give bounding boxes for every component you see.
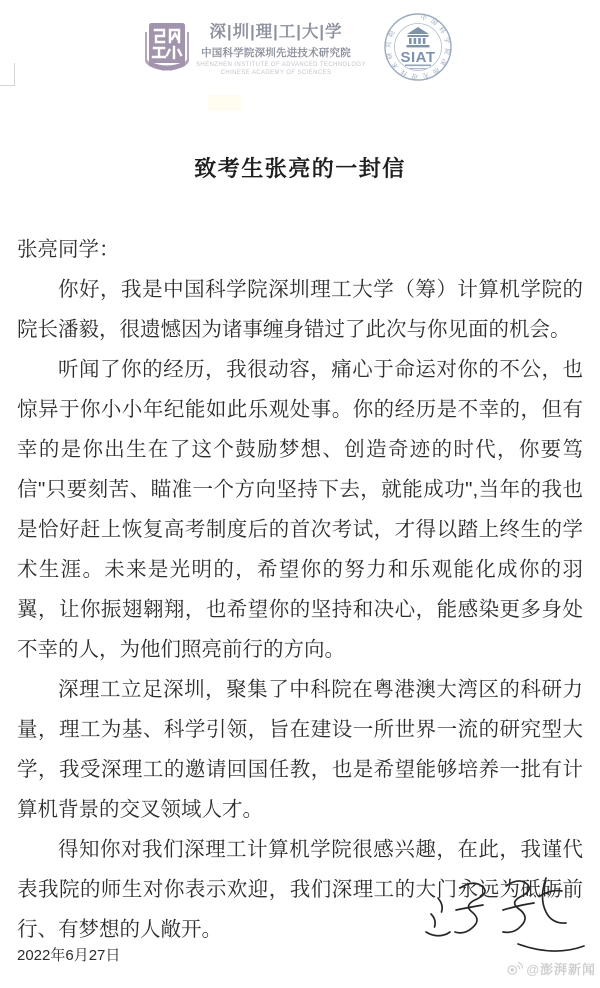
siat-seal-logo: 中国科学院深圳先进技术研究院 SIAT: [381, 10, 455, 84]
weibo-watermark: @澎湃新闻: [506, 959, 596, 978]
watermark-text: @澎湃新闻: [526, 959, 596, 978]
letter-paragraph: 听闻了你的经历，我很动容，痛心于命运对你的不公，也惊异于你小小年纪能如此乐观处事…: [17, 350, 583, 670]
institute-name: 中国科学院深圳先进技术研究院: [196, 45, 356, 60]
letterhead-text: 深|圳|理|工|大|学 中国科学院深圳先进技术研究院 SHENZHEN INST…: [196, 18, 356, 76]
institute-name-en-1: SHENZHEN INSTITUTE OF ADVANCED TECHNOLOG…: [196, 62, 356, 68]
letterhead: 深|圳|理|工|大|学 中国科学院深圳先进技术研究院 SHENZHEN INST…: [0, 0, 600, 120]
letter-body: 张亮同学： 你好，我是中国科学院深圳理工大学（筹）计算机学院的院长潘毅，很遗憾因…: [17, 230, 583, 950]
letter-paragraph: 你好，我是中国科学院深圳理工大学（筹）计算机学院的院长潘毅，很遗憾因为诸事缠身错…: [17, 270, 583, 350]
faint-smudge-artifact: [208, 95, 241, 111]
seal-siat-text: SIAT: [400, 49, 435, 66]
weibo-icon: [506, 961, 523, 976]
salutation: 张亮同学：: [17, 230, 583, 270]
university-book-logo: [141, 20, 193, 72]
institute-name-en-2: CHINESE ACADEMY OF SCIENCES: [196, 70, 356, 76]
letter-paragraph: 深理工立足深圳，聚集了中科院在粤港澳大湾区的科研力量，理工为基、科学引领，旨在建…: [17, 670, 583, 830]
letter-date: 2022年6月27日: [17, 944, 120, 965]
signature-pan-yi: [418, 868, 590, 972]
temple-icon: [407, 27, 430, 47]
page-corner-artifact: [0, 63, 15, 86]
university-name: 深|圳|理|工|大|学: [196, 18, 356, 42]
letter-title: 致考生张亮的一封信: [0, 152, 600, 183]
letter-photo-page: { "colors": { "logo_mauve": "#a394ad", "…: [0, 0, 600, 988]
